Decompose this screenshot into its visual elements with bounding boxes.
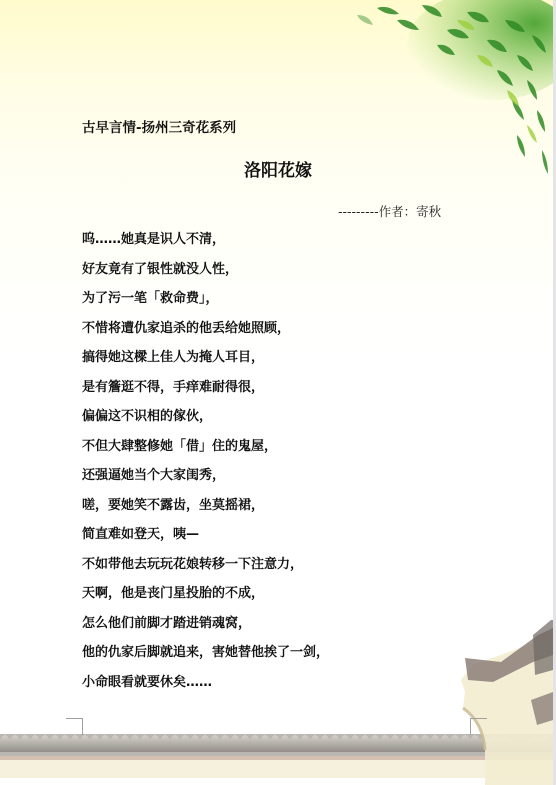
text-line: 不但大肆整修她「借」住的鬼屋，	[82, 438, 329, 468]
text-line: 呜……她真是识人不清，	[82, 231, 329, 261]
document-title: 洛阳花嫁	[0, 156, 553, 181]
text-line: 偏偏这不识相的傢伙，	[82, 408, 329, 438]
poem-lines: 呜……她真是识人不清， 好友竟有了银性就没人性， 为了污一笔「救命费」， 不惜将…	[82, 231, 329, 703]
text-line: 小命眼看就要休矣……	[82, 674, 329, 704]
page-corner-mark-right	[470, 718, 487, 735]
author-line: ---------作者：寄秋	[338, 202, 441, 220]
text-line: 搞得她这樑上佳人为掩人耳目，	[82, 349, 329, 379]
text-line: 为了污一笔「救命费」，	[82, 290, 329, 320]
text-line: 不惜将遭仇家追杀的他丢给她照顾，	[82, 320, 329, 350]
text-line: 天啊，他是丧门星投胎的不成，	[82, 585, 329, 615]
text-line: 他的仇家后脚就追来，害她替他挨了一剑，	[82, 644, 329, 674]
text-line: 是有簷逛不得，手痒难耐得很，	[82, 379, 329, 409]
text-line: 还强逼她当个大家闺秀，	[82, 467, 329, 497]
chinese-gate-building-decoration	[433, 600, 553, 785]
text-line: 好友竟有了银性就没人性，	[82, 261, 329, 291]
series-title: 古早言情-扬州三奇花系列	[82, 116, 236, 136]
text-line: 不如带他去玩玩花娘转移一下注意力，	[82, 556, 329, 586]
text-line: 怎么他们前脚才踏进销魂窝，	[82, 615, 329, 645]
text-line: 简直难如登天，咦—	[82, 526, 329, 556]
document-page: 古早言情-扬州三奇花系列 洛阳花嫁 ---------作者：寄秋 呜……她真是识…	[0, 0, 553, 785]
text-line: 嗟，要她笑不露齿，坐莫摇裙，	[82, 497, 329, 527]
page-corner-mark-left	[66, 718, 83, 735]
